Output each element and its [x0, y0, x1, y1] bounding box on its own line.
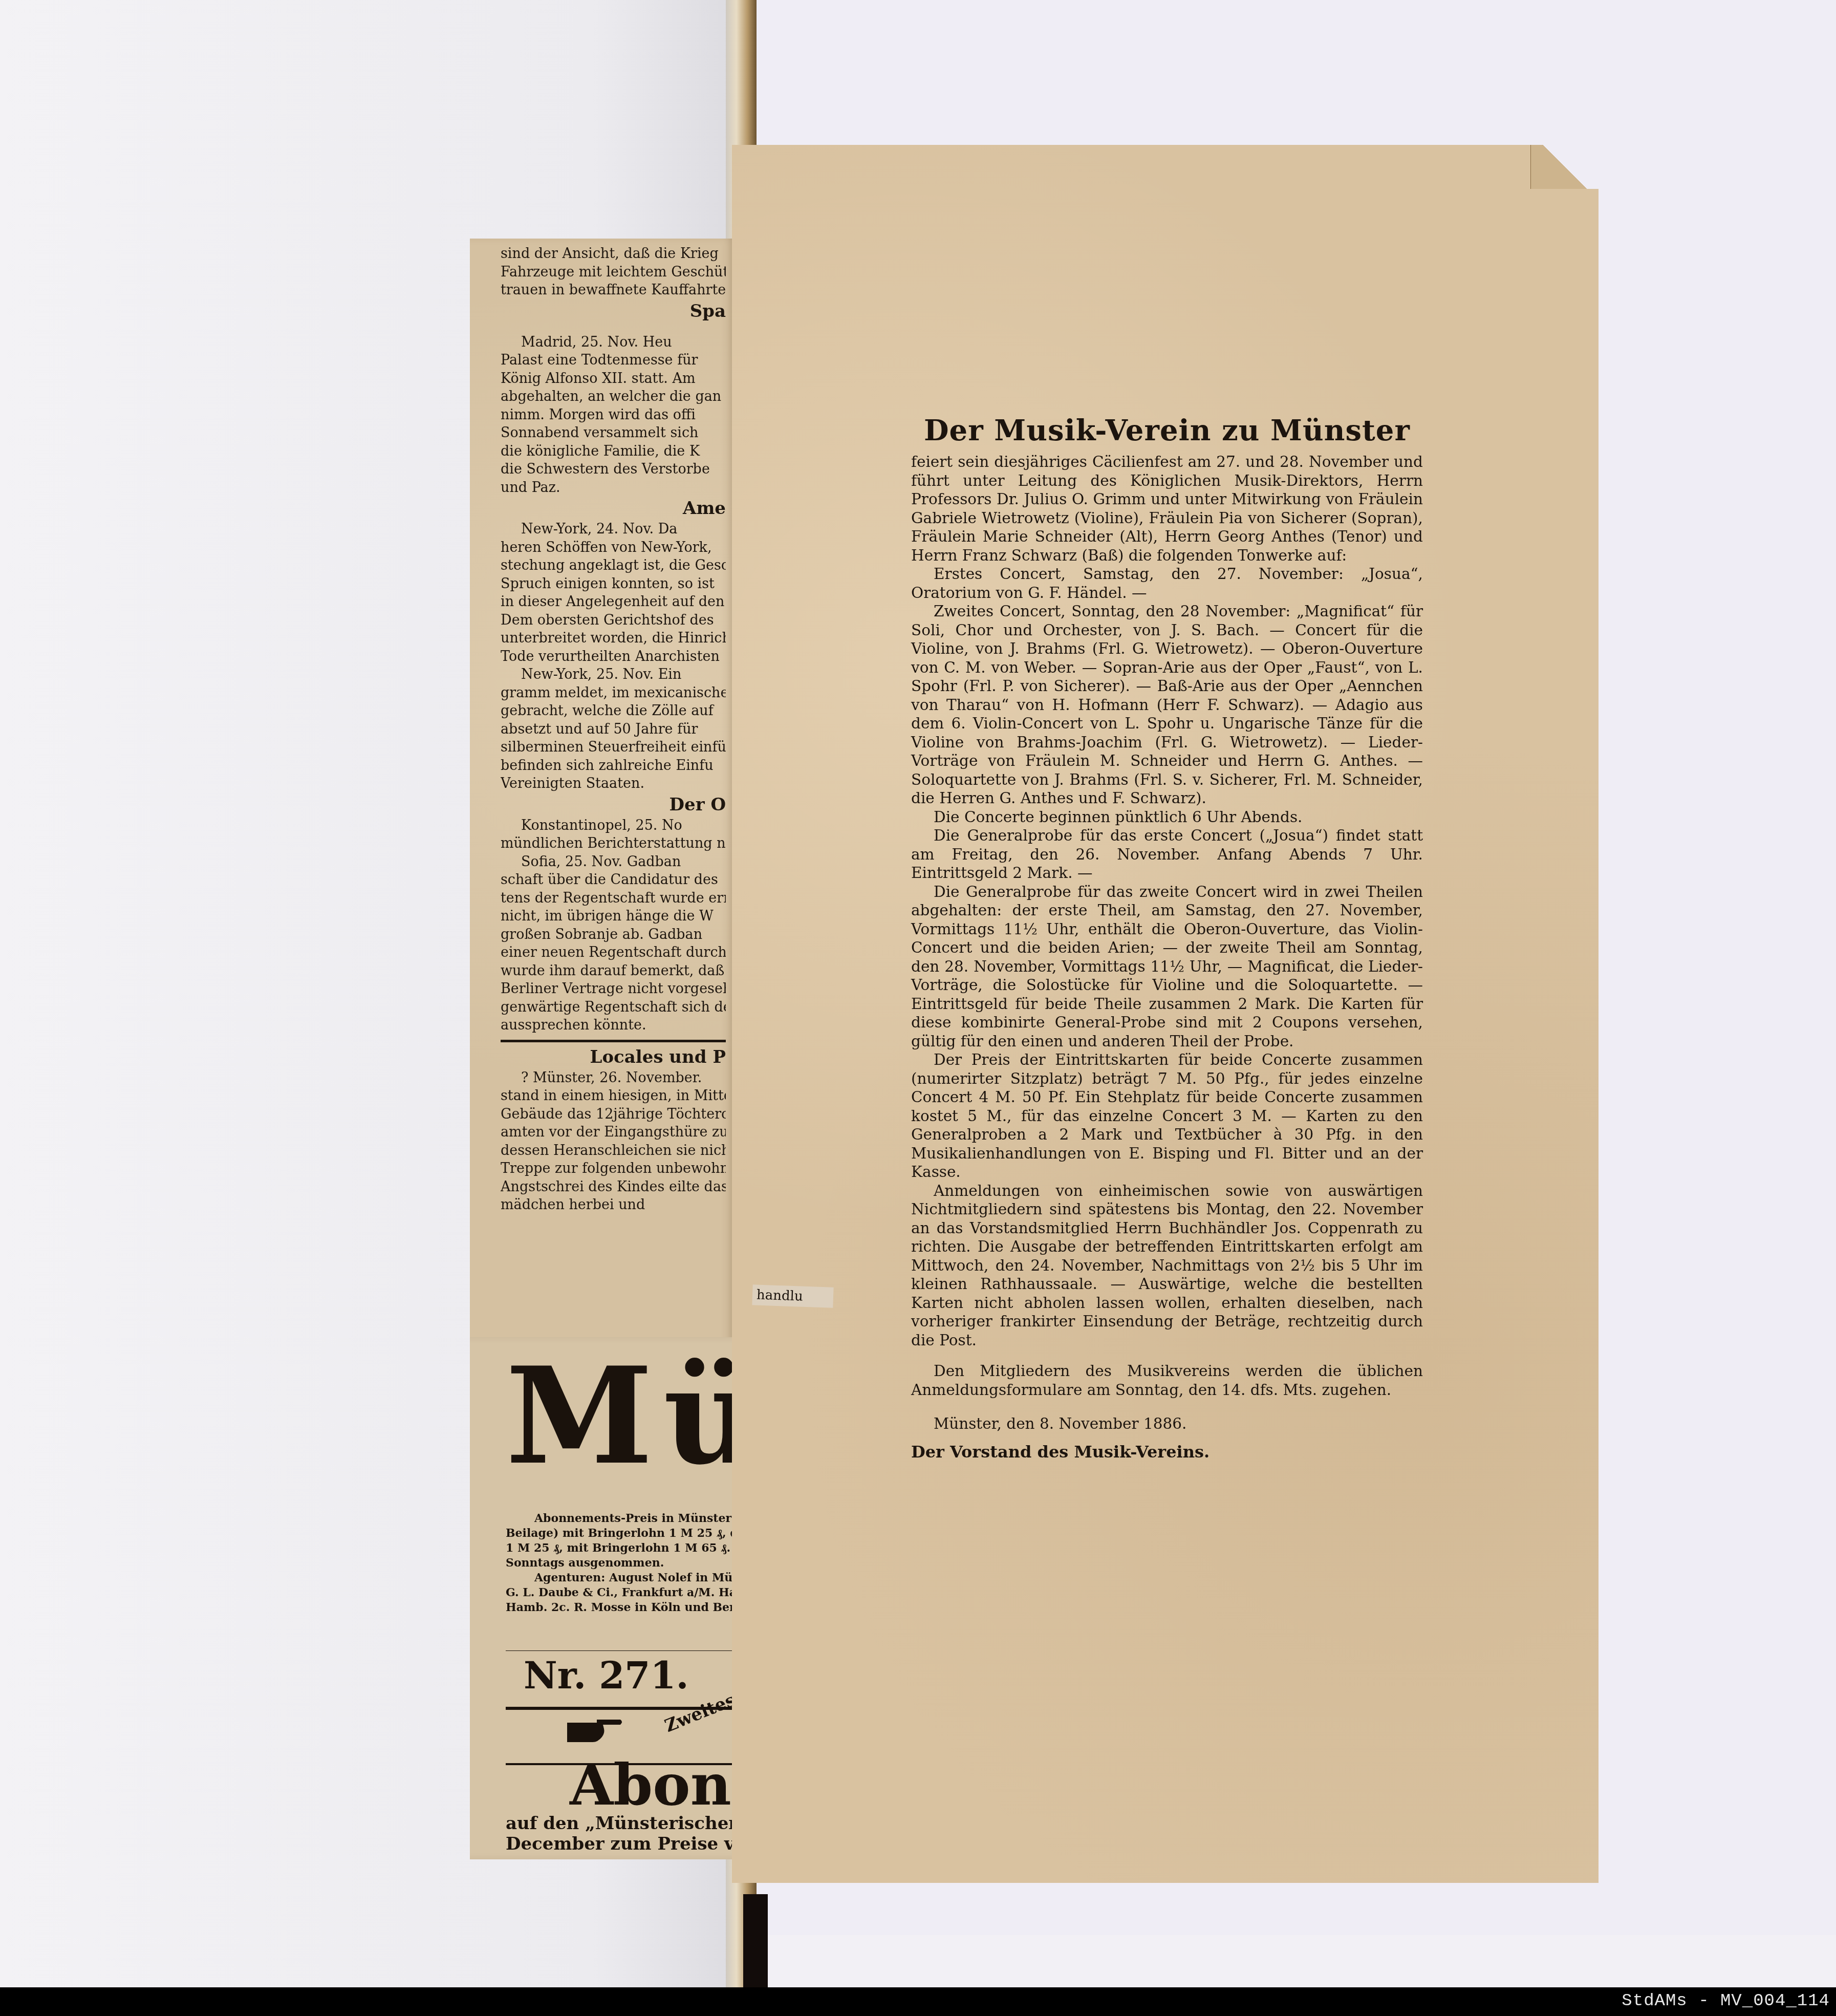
news-line: aussprechen könnte.	[501, 1016, 726, 1035]
news-line: gramm meldet, im mexicanische	[501, 684, 726, 702]
news-line: absetzt und auf 50 Jahre für	[501, 720, 726, 739]
news-line: stand in einem hiesigen, in Mitte	[501, 1087, 726, 1105]
section-heading-america: Ame	[501, 497, 726, 520]
news-line: die Schwestern des Verstorbe	[501, 460, 726, 479]
newspaper-masthead: Mün	[506, 1350, 750, 1483]
section-heading-orient: Der O	[501, 793, 726, 817]
announcement-paragraph: feiert sein diesjähriges Cäcilienfest am…	[911, 453, 1423, 565]
news-line: mädchen herbei und	[501, 1196, 726, 1214]
subscription-line: Beilage) mit Bringerlohn 1 M 25 ₰, durch	[506, 1526, 741, 1541]
subscription-line: Agenturen: August Nolef in Münster	[506, 1571, 741, 1585]
archive-reference: StdAMs - MV_004_114	[1622, 1991, 1830, 2011]
news-line: Spruch einigen konnten, so ist	[501, 575, 726, 593]
news-line: Fahrzeuge mit leichtem Geschütz	[501, 263, 726, 282]
newspaper-clipping-masthead: Mün Abonnements-Preis in Münster viert B…	[470, 1337, 750, 1859]
news-line: gebracht, welche die Zölle auf	[501, 702, 726, 720]
news-line: ? Münster, 26. November.	[501, 1069, 726, 1087]
subscription-line: Sonntags ausgenommen.	[506, 1556, 741, 1571]
paper-scrap: handlu	[752, 1284, 833, 1307]
news-line: trauen in bewaffnete Kauffahrtei	[501, 281, 726, 299]
tail-line: auf den „Münsterischen An	[506, 1813, 741, 1834]
news-line: König Alfonso XII. statt. Am	[501, 370, 726, 388]
announcement-paragraph: Die Generalprobe für das erste Concert (…	[911, 826, 1423, 883]
section-divider	[501, 1040, 726, 1042]
news-line: sind der Ansicht, daß die Krieg	[501, 245, 726, 263]
newspaper-clipping-news: sind der Ansicht, daß die Krieg Fahrzeug…	[470, 239, 736, 1344]
issue-number: Nr. 271.	[524, 1654, 689, 1697]
subscription-info: Abonnements-Preis in Münster viert Beila…	[506, 1511, 741, 1615]
subscription-heading: Abonne	[570, 1752, 750, 1818]
announcement-paragraph: Die Generalprobe für das zweite Concert …	[911, 883, 1423, 1051]
news-line: amten vor der Eingangsthüre zur W	[501, 1123, 726, 1142]
subscription-line: Hamb. 2c. R. Mosse in Köln und Berlin	[506, 1600, 741, 1615]
news-line: Berliner Vertrage nicht vorgeseh	[501, 980, 726, 998]
announcement-paragraph: Die Concerte beginnen pünktlich 6 Uhr Ab…	[911, 808, 1423, 827]
subscription-tail: auf den „Münsterischen An December zum P…	[506, 1813, 741, 1854]
announcement-paragraph: Erstes Concert, Samstag, den 27. Novembe…	[911, 565, 1423, 602]
news-line: genwärtige Regentschaft sich des	[501, 998, 726, 1017]
news-line: nimm. Morgen wird das offi	[501, 406, 726, 424]
news-line: New-York, 24. Nov. Da	[501, 520, 726, 539]
subscription-line: Abonnements-Preis in Münster viert	[506, 1511, 741, 1526]
news-line: heren Schöffen von New-York,	[501, 539, 726, 557]
announcement-paragraph: Zweites Concert, Sonntag, den 28 Novembe…	[911, 602, 1423, 808]
news-line: Sofia, 25. Nov. Gadban	[501, 853, 726, 871]
archive-footer: StdAMs - MV_004_114	[0, 1987, 1836, 2016]
announcement-paragraph: Der Preis der Eintrittskarten für beide …	[911, 1050, 1423, 1182]
subscription-line: 1 M 25 ₰, mit Bringerlohn 1 M 65 ₰.	[506, 1541, 741, 1556]
news-line: Treppe zur folgenden unbewohnt	[501, 1160, 726, 1178]
concert-announcement: Der Musik-Verein zu Münster feiert sein …	[911, 414, 1423, 1461]
news-line: Vereinigten Staaten.	[501, 775, 726, 793]
news-line: dessen Heranschleichen sie nicht	[501, 1142, 726, 1160]
news-line: Gebäude das 12jährige Töchterch	[501, 1105, 726, 1124]
pointing-hand-icon	[567, 1719, 623, 1744]
news-line: Tode verurtheilten Anarchisten	[501, 648, 726, 666]
news-line: stechung angeklagt ist, die Gesch	[501, 556, 726, 575]
section-heading-spain: Spa	[501, 299, 726, 323]
news-line: Konstantinopel, 25. No	[501, 817, 726, 835]
news-line: silberminen Steuerfreiheit einfü	[501, 738, 726, 757]
announcement-title: Der Musik-Verein zu Münster	[911, 414, 1423, 447]
announcement-paragraph: Anmeldungen von einheimischen sowie von …	[911, 1182, 1423, 1350]
news-line: nicht, im übrigen hänge die W	[501, 907, 726, 926]
news-line: unterbreitet worden, die Hinrich	[501, 629, 726, 648]
news-line: in dieser Angelegenheit auf den	[501, 593, 726, 611]
subscription-line: G. L. Daube & Ci., Frankfurt a/M. Ha	[506, 1585, 741, 1600]
announcement-date: Münster, den 8. November 1886.	[911, 1414, 1423, 1433]
news-line: großen Sobranje ab. Gadban	[501, 926, 726, 944]
news-line: Madrid, 25. Nov. Heu	[501, 333, 726, 352]
news-line: Angstschrei des Kindes eilte das al	[501, 1178, 726, 1196]
section-heading-local: Locales und P	[501, 1045, 726, 1069]
news-line: schaft über die Candidatur des	[501, 871, 726, 889]
news-column: sind der Ansicht, daß die Krieg Fahrzeug…	[501, 245, 726, 1214]
tail-line: December zum Preise vo	[506, 1834, 741, 1854]
news-line: und Paz.	[501, 479, 726, 497]
announcement-paragraph: Den Mitgliedern des Musikvereins werden …	[911, 1362, 1423, 1399]
news-line: abgehalten, an welcher die gan	[501, 388, 726, 406]
news-line: Palast eine Todtenmesse für	[501, 351, 726, 370]
news-line: New-York, 25. Nov. Ein	[501, 666, 726, 684]
news-line: Sonnabend versammelt sich	[501, 424, 726, 442]
announcement-signature: Der Vorstand des Musik-Vereins.	[911, 1443, 1423, 1462]
news-line: die königliche Familie, die K	[501, 442, 726, 461]
folded-corner	[1530, 145, 1599, 189]
news-line: tens der Regentschaft wurde ern	[501, 889, 726, 908]
news-line: wurde ihm darauf bemerkt, daß	[501, 962, 726, 980]
thin-rule	[506, 1650, 746, 1651]
news-line: befinden sich zahlreiche Einfu	[501, 757, 726, 775]
news-line: mündlichen Berichterstattung na	[501, 834, 726, 853]
news-line: Dem obersten Gerichtshof des	[501, 611, 726, 630]
news-line: einer neuen Regentschaft durch	[501, 943, 726, 962]
